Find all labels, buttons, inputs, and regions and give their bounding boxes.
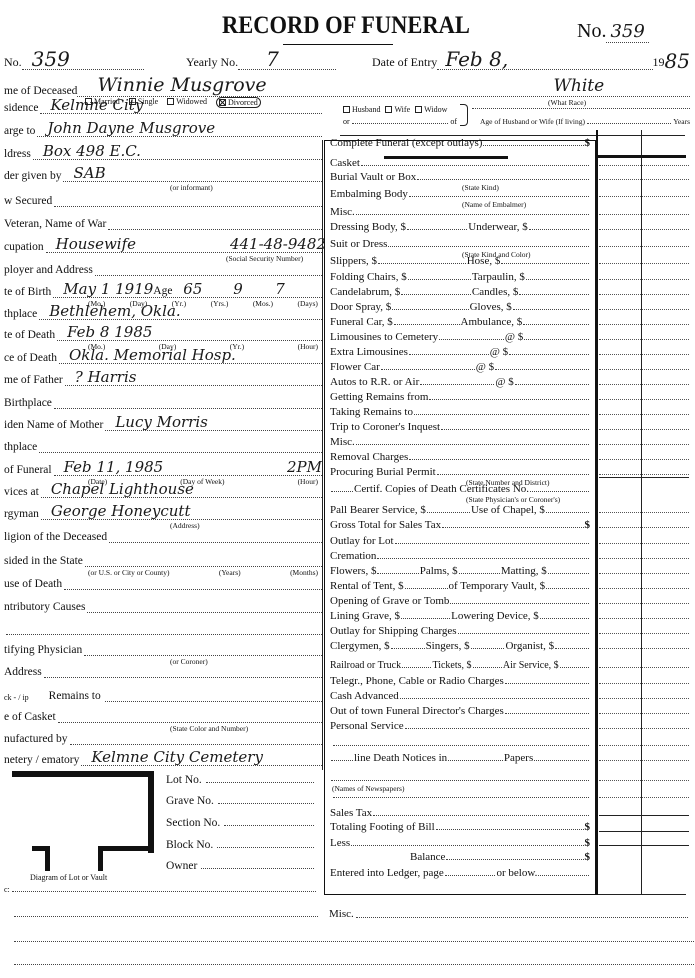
lot-field-input[interactable]	[224, 825, 314, 826]
charge-input[interactable]	[555, 648, 589, 649]
charge-label: Telegr., Phone, Cable or Radio Charges	[330, 675, 504, 687]
charge-item[interactable]: Outlay for Shipping Charges	[330, 623, 590, 637]
charge-input[interactable]	[420, 384, 494, 385]
charge-input[interactable]	[446, 859, 583, 860]
field-label: of Funeral	[4, 464, 52, 476]
charge-item[interactable]: Slippers, $Hose, $	[330, 253, 590, 267]
charge-input[interactable]	[471, 648, 505, 649]
charge-item[interactable]: Clergymen, $Singers, $Organist, $	[330, 638, 590, 652]
charge-input[interactable]	[505, 683, 589, 684]
field-input[interactable]: Feb 8 1985	[57, 327, 322, 341]
bottom-line-3[interactable]	[14, 964, 694, 965]
charge-item[interactable]: Opening of Grave or Tomb	[330, 593, 590, 607]
left-field-row[interactable]: ligion of the Deceased	[4, 523, 322, 543]
charge-item[interactable]: line Death Notices inPapers	[330, 750, 590, 764]
misc-label: Misc.	[329, 908, 354, 920]
charge-input[interactable]	[548, 573, 589, 574]
field-input[interactable]: SAB	[63, 168, 322, 182]
charge-item[interactable]: Autos to R.R. or Air@ $	[330, 374, 590, 388]
charge-input[interactable]	[401, 618, 450, 619]
field-input[interactable]: Box 498 E.C.	[33, 146, 322, 160]
charge-amount-input[interactable]	[599, 246, 689, 247]
charge-label: of Temporary Vault, $	[449, 580, 546, 592]
charge-input[interactable]	[429, 399, 589, 400]
charge-amount-input[interactable]	[599, 512, 689, 513]
charge-input[interactable]	[524, 339, 589, 340]
left-field-row[interactable]: ployer and Address	[4, 256, 322, 276]
charge-input[interactable]	[473, 667, 502, 668]
charge-item[interactable]: Casket	[330, 155, 590, 169]
charge-item[interactable]: Rental of Tent, $of Temporary Vault, $	[330, 578, 590, 592]
charge-input[interactable]	[509, 354, 589, 355]
charge-item[interactable]: Misc.	[330, 204, 590, 218]
charge-item[interactable]: Trip to Coroner's Inquest	[330, 419, 590, 433]
charge-input[interactable]	[401, 294, 471, 295]
left-field-row[interactable]: te of DeathFeb 8 1985	[4, 321, 322, 341]
left-field-row[interactable]: Birthplace	[4, 389, 322, 409]
charge-input[interactable]	[333, 797, 589, 798]
charge-label: Gross Total for Sales Tax	[330, 519, 441, 531]
field-input[interactable]: Chapel Lighthouse	[41, 484, 322, 498]
charge-label: Air Service, $	[503, 660, 559, 671]
left-field-row[interactable]: sidenceKelmne City	[4, 94, 322, 114]
charge-input[interactable]	[388, 246, 589, 247]
form-number-value[interactable]: 359	[606, 21, 648, 43]
left-field-row[interactable]: Veteran, Name of War	[4, 210, 322, 230]
left-field-row[interactable]	[4, 615, 322, 635]
field-label: sided in the State	[4, 555, 83, 567]
left-field-row[interactable]: cupationHousewife441-48-9482	[4, 233, 322, 253]
charge-item[interactable]: Complete Funeral (except outlays)$	[330, 135, 590, 149]
charge-item[interactable]: Sales Tax	[330, 805, 590, 819]
misc-field[interactable]: Misc.	[329, 906, 690, 920]
spouse-options: Husband Wife Widow	[343, 105, 447, 114]
left-field-row[interactable]: of FuneralFeb 11, 19852PM	[4, 456, 322, 476]
charge-item[interactable]: Misc.	[330, 434, 590, 448]
bottom-c-field[interactable]: c:	[4, 880, 318, 894]
case-number-field[interactable]: No. 359	[4, 48, 144, 70]
charge-item[interactable]: Cash Advanced	[330, 688, 590, 702]
yearly-number-field[interactable]: Yearly No. 7	[186, 48, 336, 70]
left-field-row[interactable]: nufactured by	[4, 725, 322, 745]
lot-field[interactable]: Owner	[166, 856, 316, 872]
charge-input[interactable]	[441, 429, 589, 430]
charge-input[interactable]	[523, 324, 589, 325]
charge-item[interactable]: Railroad or TruckTickets, $Air Service, …	[330, 657, 590, 671]
field-input[interactable]	[105, 688, 322, 702]
charge-label: Personal Service	[330, 720, 404, 732]
left-field-row[interactable]: arge toJohn Dayne Musgrove	[4, 117, 322, 137]
field-input[interactable]: Bethlehem, Okla.	[39, 306, 322, 320]
charge-input[interactable]	[483, 145, 583, 146]
charge-amount-input[interactable]	[599, 713, 689, 714]
charge-input[interactable]	[448, 760, 503, 761]
charge-amount-input[interactable]	[599, 588, 689, 589]
left-field-row[interactable]: rgymanGeorge Honeycutt	[4, 500, 322, 520]
field-input[interactable]	[39, 439, 322, 453]
charge-input[interactable]	[519, 294, 589, 295]
left-field-row[interactable]: e of Casket	[4, 703, 322, 723]
charge-label: Misc.	[330, 436, 355, 448]
charge-item[interactable]: Dressing Body, $Underwear, $	[330, 219, 590, 233]
charge-item[interactable]: Getting Remains from	[330, 389, 590, 403]
date-of-entry-field[interactable]: Date of Entry Feb 8, 19 85	[372, 48, 690, 70]
left-field-row[interactable]: tifying Physician	[4, 636, 322, 656]
charge-amount-input[interactable]	[599, 780, 689, 781]
bottom-line-1[interactable]	[14, 916, 318, 917]
charge-item[interactable]: Removal Charges	[330, 449, 590, 463]
left-field-row[interactable]: thplace	[4, 433, 322, 453]
charge-input[interactable]	[495, 369, 589, 370]
charge-amount-input[interactable]	[599, 527, 689, 528]
charge-label: Extra Limousines	[330, 346, 408, 358]
charge-item[interactable]: Certif. Copies of Death Certificates No.	[330, 481, 590, 495]
left-field-row[interactable]: thplaceBethlehem, Okla.	[4, 300, 322, 320]
charge-item[interactable]: Cremation	[330, 548, 590, 562]
charge-amount-input[interactable]	[599, 459, 689, 460]
field-input[interactable]: ? Harris	[65, 372, 322, 386]
charge-amount-input[interactable]	[599, 558, 689, 559]
charge-amount-input[interactable]	[599, 603, 689, 604]
charge-amount-input[interactable]	[599, 797, 689, 798]
field-input[interactable]: Housewife441-48-9482	[46, 239, 322, 253]
charge-item[interactable]: Suit or Dress	[330, 236, 590, 250]
charge-input[interactable]	[442, 527, 583, 528]
left-field-row[interactable]: ldressBox 498 E.C.	[4, 140, 322, 160]
charge-input[interactable]	[501, 263, 589, 264]
charge-item[interactable]: Less$	[330, 835, 590, 849]
charge-item[interactable]: Personal Service	[330, 718, 590, 732]
charge-label: Limousines to Cemetery	[330, 331, 438, 343]
lot-field-input[interactable]	[206, 782, 314, 783]
charge-input[interactable]	[450, 603, 589, 604]
charge-input[interactable]	[405, 588, 448, 589]
charge-input[interactable]	[377, 573, 418, 574]
charge-item[interactable]	[330, 770, 590, 784]
charge-amount-input[interactable]	[599, 263, 689, 264]
form-number-label: No.	[577, 20, 606, 42]
charge-amount-input[interactable]	[599, 214, 689, 215]
field-input[interactable]	[108, 216, 322, 230]
field-input[interactable]: Kelmne City	[40, 100, 322, 114]
charge-amount-input[interactable]	[599, 294, 689, 295]
charge-label: Embalming Body	[330, 188, 408, 200]
charge-item[interactable]: Burial Vault or Box	[330, 169, 590, 183]
charge-input[interactable]	[377, 558, 589, 559]
field-input[interactable]	[58, 709, 322, 723]
charge-label: Certif. Copies of Death Certificates No.	[354, 483, 529, 495]
charge-amount-input[interactable]	[599, 179, 689, 180]
field-input[interactable]	[85, 553, 322, 567]
left-field-row[interactable]: sided in the State	[4, 547, 322, 567]
field-input[interactable]: Feb 11, 19852PM	[54, 462, 322, 476]
charge-input[interactable]	[538, 875, 589, 876]
charge-label: Entered into Ledger, page	[330, 867, 444, 879]
charge-input[interactable]	[408, 279, 471, 280]
field-input[interactable]	[54, 395, 322, 409]
left-field-row[interactable]: netery / ematoryKelmne City Cemetery	[4, 746, 322, 766]
charge-input[interactable]	[546, 512, 589, 513]
charge-item[interactable]	[330, 735, 590, 749]
left-field-row[interactable]: me of Father? Harris	[4, 366, 322, 386]
charge-amount-input[interactable]	[599, 477, 689, 478]
charge-input[interactable]	[515, 384, 589, 385]
field-label: ployer and Address	[4, 264, 93, 276]
charge-label: Burial Vault or Box	[330, 171, 416, 183]
charge-label: Lining Grave, $	[330, 610, 400, 622]
charge-label: Railroad or Truck	[330, 660, 401, 671]
charge-input[interactable]	[392, 309, 468, 310]
charge-item[interactable]: Limousines to Cemetery@ $	[330, 329, 590, 343]
charge-input[interactable]	[526, 279, 589, 280]
charge-amount-input[interactable]	[599, 667, 689, 668]
charge-input[interactable]	[445, 875, 496, 876]
field-label: thplace	[4, 441, 37, 453]
charge-amount-input[interactable]	[599, 414, 689, 415]
lot-field-input[interactable]	[218, 803, 314, 804]
left-field-row[interactable]: ce of DeathOkla. Memorial Hosp.	[4, 344, 322, 364]
charge-label: $	[585, 851, 591, 863]
charge-label: Singers, $	[426, 640, 470, 652]
charge-label: Folding Chairs, $	[330, 271, 407, 283]
charge-label: @ $	[490, 346, 508, 358]
bottom-line-2[interactable]	[14, 941, 694, 942]
charge-amount-input[interactable]	[599, 683, 689, 684]
charge-amount-input[interactable]	[599, 845, 689, 846]
charge-input[interactable]	[409, 196, 589, 197]
lot-field[interactable]: Lot No.	[166, 770, 316, 786]
checkbox-widow[interactable]	[415, 106, 422, 113]
left-field-row[interactable]: ck - / ipRemains to	[4, 682, 322, 702]
charge-amount-input[interactable]	[599, 309, 689, 310]
charge-input[interactable]	[529, 229, 589, 230]
field-input[interactable]	[87, 599, 322, 613]
charge-item[interactable]: Flower Car@ $	[330, 359, 590, 373]
field-input[interactable]	[6, 621, 322, 635]
charge-item[interactable]: Flowers, $Palms, $Matting, $	[330, 563, 590, 577]
charge-item[interactable]: Procuring Burial Permit	[330, 464, 590, 478]
charge-input[interactable]	[427, 512, 470, 513]
charge-input[interactable]	[409, 354, 489, 355]
charge-item[interactable]: Telegr., Phone, Cable or Radio Charges	[330, 673, 590, 687]
charge-input[interactable]	[333, 745, 589, 746]
charge-item[interactable]: Balance$	[330, 849, 590, 863]
charge-item[interactable]: Candelabrum, $Candles, $	[330, 284, 590, 298]
field-input[interactable]: Kelmne City Cemetery	[81, 752, 322, 766]
charge-input[interactable]	[378, 263, 466, 264]
spouse-of-label: of	[450, 117, 457, 126]
field-input[interactable]	[70, 731, 322, 745]
charge-input[interactable]	[414, 414, 589, 415]
charge-item[interactable]: Pall Bearer Service, $Use of Chapel, $	[330, 502, 590, 516]
charge-amount-input[interactable]	[599, 369, 689, 370]
case-number-value: 359	[32, 47, 70, 71]
charge-input[interactable]	[331, 780, 589, 781]
charge-amount-input[interactable]	[599, 354, 689, 355]
field-label: me of Father	[4, 374, 63, 386]
charge-input[interactable]	[436, 829, 584, 830]
charge-amount-input[interactable]	[599, 573, 689, 574]
field-input[interactable]: Okla. Memorial Hosp.	[59, 350, 322, 364]
charge-label: Complete Funeral (except outlays)	[330, 137, 482, 149]
charge-amount-input[interactable]	[599, 399, 689, 400]
charge-amount-input[interactable]	[599, 633, 689, 634]
field-value: May 1 1919	[63, 280, 153, 298]
charge-input[interactable]	[417, 179, 589, 180]
field-label: tifying Physician	[4, 644, 82, 656]
charge-input[interactable]	[356, 214, 589, 215]
amount-column-divider	[596, 130, 598, 895]
field-input[interactable]: John Dayne Musgrove	[37, 123, 322, 137]
field-label: rgyman	[4, 508, 39, 520]
charge-item[interactable]: Gross Total for Sales Tax$	[330, 517, 590, 531]
left-field-row[interactable]: iden Name of MotherLucy Morris	[4, 411, 322, 431]
charge-label: Misc.	[330, 206, 355, 218]
deceased-name-value: Winnie Musgrove	[97, 74, 266, 96]
charge-input[interactable]	[513, 309, 589, 310]
charge-amount-input[interactable]	[599, 324, 689, 325]
spouse-brace	[460, 104, 468, 126]
charge-input[interactable]	[546, 588, 589, 589]
lot-field[interactable]: Section No.	[166, 813, 316, 829]
field-input[interactable]	[44, 664, 322, 678]
age-label: Age	[153, 285, 172, 297]
charge-item[interactable]: Entered into Ledger, pageor below.	[330, 865, 590, 879]
charge-input[interactable]	[409, 459, 589, 460]
spouse-age-field[interactable]: Age of Husband or Wife (If living) Years	[480, 114, 690, 126]
charge-amount-input[interactable]	[599, 760, 689, 761]
field-input[interactable]	[54, 193, 322, 207]
field-input[interactable]	[84, 642, 322, 656]
charge-input[interactable]	[540, 618, 589, 619]
charge-input[interactable]	[395, 543, 589, 544]
charge-item[interactable]: Embalming Body	[330, 186, 590, 200]
charge-item[interactable]: Funeral Car, $Ambulance, $	[330, 314, 590, 328]
left-field-row[interactable]: w Secured	[4, 187, 322, 207]
field-input[interactable]	[64, 576, 322, 590]
lot-field-label: Grave No.	[166, 795, 214, 807]
charge-amount-input[interactable]	[599, 444, 689, 445]
charge-amount-input[interactable]	[599, 698, 689, 699]
left-field-row[interactable]: Address	[4, 658, 322, 678]
field-input[interactable]: George Honeycutt	[41, 506, 322, 520]
charge-input[interactable]	[402, 667, 431, 668]
charge-amount-input[interactable]	[599, 279, 689, 280]
charge-input[interactable]	[458, 633, 589, 634]
lot-field[interactable]: Grave No.	[166, 791, 316, 807]
field-input[interactable]	[95, 262, 322, 276]
charge-input[interactable]	[534, 760, 589, 761]
charge-input[interactable]	[361, 165, 589, 166]
spouse-name-field[interactable]: or of	[343, 114, 457, 126]
charge-input[interactable]	[381, 369, 475, 370]
checkbox-husband[interactable]	[343, 106, 350, 113]
charge-input[interactable]	[459, 573, 500, 574]
charge-input[interactable]	[394, 324, 460, 325]
field-label: use of Death	[4, 578, 62, 590]
charge-amount-input[interactable]	[599, 618, 689, 619]
left-field-row[interactable]: use of Death	[4, 570, 322, 590]
charge-item[interactable]: Out of town Funeral Director's Charges	[330, 703, 590, 717]
charge-amount-input[interactable]	[599, 815, 689, 816]
field-input[interactable]	[109, 529, 322, 543]
bottom-c-label: c:	[4, 885, 10, 894]
field-input[interactable]: May 1 1919Age6597	[53, 284, 322, 298]
left-field-row[interactable]: ntributory Causes	[4, 593, 322, 613]
charge-label: Rental of Tent, $	[330, 580, 404, 592]
charge-amount-input[interactable]	[599, 474, 689, 475]
charge-input[interactable]	[505, 713, 589, 714]
charge-label: Slippers, $	[330, 255, 377, 267]
charge-label: @ $	[495, 376, 513, 388]
charge-item[interactable]: Totaling Footing of Bill$	[330, 819, 590, 833]
charge-label: Papers	[504, 752, 533, 764]
charge-amount-input[interactable]	[599, 196, 689, 197]
charge-item[interactable]: Lining Grave, $Lowering Device, $	[330, 608, 590, 622]
charge-item[interactable]: Taking Remains to	[330, 404, 590, 418]
field-value: Housewife	[56, 235, 136, 253]
charge-item[interactable]: Outlay for Lot	[330, 533, 590, 547]
charge-amount-input[interactable]	[599, 648, 689, 649]
charge-amount-input[interactable]	[599, 339, 689, 340]
charge-item[interactable]	[330, 787, 590, 801]
charge-input[interactable]	[351, 845, 583, 846]
charge-input[interactable]	[405, 728, 589, 729]
charge-input[interactable]	[530, 491, 589, 492]
charge-input[interactable]	[439, 339, 504, 340]
field-label: Birthplace	[4, 397, 52, 409]
left-field-row[interactable]: der given bySAB	[4, 162, 322, 182]
age-months-value: 9	[233, 280, 243, 298]
left-field-row[interactable]: vices atChapel Lighthouse	[4, 478, 322, 498]
charge-label: Flowers, $	[330, 565, 376, 577]
charge-label: Tickets, $	[432, 660, 471, 671]
charge-item[interactable]: Extra Limousines@ $	[330, 344, 590, 358]
charge-input[interactable]	[391, 648, 425, 649]
charge-label: Taking Remains to	[330, 406, 413, 418]
field-label: vices at	[4, 486, 39, 498]
charge-amount-input[interactable]	[599, 229, 689, 230]
field-input[interactable]: Lucy Morris	[105, 417, 322, 431]
year-suffix: 85	[665, 52, 690, 70]
charge-amount-input[interactable]	[599, 165, 689, 166]
charge-label: Pall Bearer Service, $	[330, 504, 426, 516]
charge-item[interactable]: Door Spray, $Gloves, $	[330, 299, 590, 313]
charge-input[interactable]	[560, 667, 589, 668]
lot-field[interactable]: Block No.	[166, 835, 316, 851]
charge-input[interactable]	[407, 229, 467, 230]
charge-amount-input[interactable]	[599, 745, 689, 746]
charge-amount-input[interactable]	[599, 384, 689, 385]
charge-amount-input[interactable]	[599, 831, 689, 832]
field-label: netery / ematory	[4, 754, 79, 766]
charge-input[interactable]	[400, 698, 589, 699]
field-value: ? Harris	[75, 368, 137, 386]
charge-item[interactable]: Folding Chairs, $Tarpaulin, $	[330, 269, 590, 283]
charge-label: Hose, $	[467, 255, 501, 267]
charge-input[interactable]	[437, 474, 589, 475]
checkbox-wife[interactable]	[385, 106, 392, 113]
lot-field-input[interactable]	[217, 847, 314, 848]
charge-input[interactable]	[356, 444, 589, 445]
left-field-row[interactable]: te of BirthMay 1 1919Age6597	[4, 278, 322, 298]
field-label: arge to	[4, 125, 35, 137]
charge-amount-input[interactable]	[599, 429, 689, 430]
charge-amount-input[interactable]	[599, 543, 689, 544]
charge-amount-input[interactable]	[599, 728, 689, 729]
charge-input[interactable]	[373, 815, 589, 816]
lot-field-input[interactable]	[201, 868, 314, 869]
